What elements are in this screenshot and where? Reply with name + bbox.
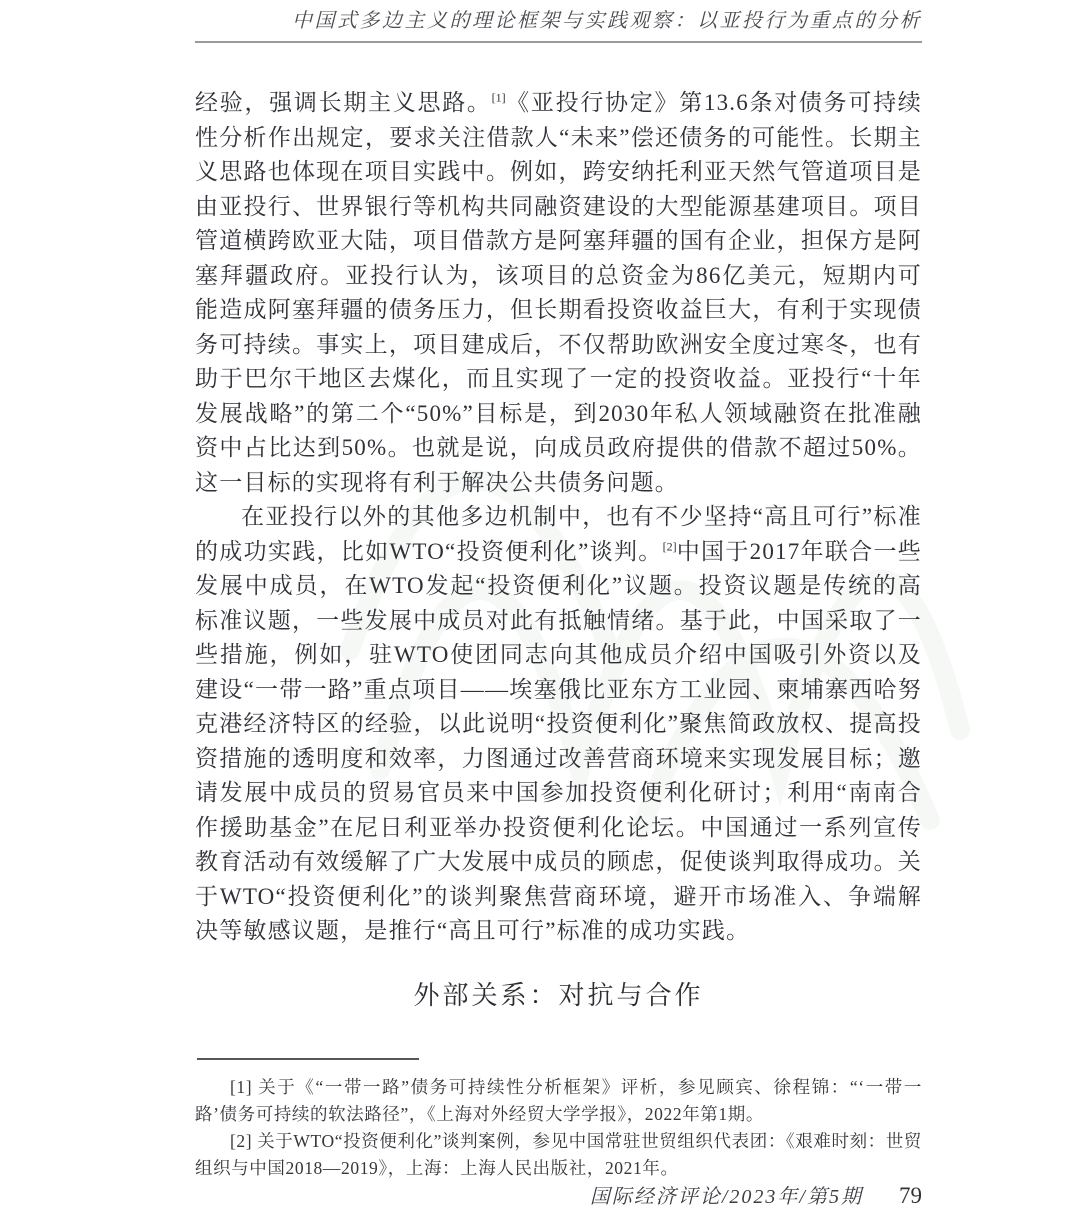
footer-journal-line: 国际经济评论/2023年/第5期 (590, 1186, 863, 1208)
running-header: 中国式多边主义的理论框架与实践观察：以亚投行为重点的分析 (195, 8, 922, 43)
journal-page: 中国式多边主义的理论框架与实践观察：以亚投行为重点的分析 经验，强调长期主义思路… (0, 0, 1080, 1209)
footnotes: [1] 关于《“一带一路”债务可持续性分析框架》评析，参见顾宾、徐程锦：“‘一带… (195, 1074, 922, 1182)
footnote-1: [1] 关于《“一带一路”债务可持续性分析框架》评析，参见顾宾、徐程锦：“‘一带… (195, 1074, 922, 1128)
section-heading: 外部关系：对抗与合作 (195, 975, 922, 1012)
paragraph-1-text-after: 《亚投行协定》第13.6条对债务可持续性分析作出规定，要求关注借款人“未来”偿还… (195, 90, 922, 495)
running-header-title: 中国式多边主义的理论框架与实践观察：以亚投行为重点的分析 (195, 8, 922, 34)
footnote-2: [2] 关于WTO“投资便利化”谈判案例，参见中国常驻世贸组织代表团：《艰难时刻… (195, 1128, 922, 1182)
footnote-ref-1: [1] (492, 90, 506, 104)
footnote-separator (197, 1058, 419, 1060)
paragraph-1: 经验，强调长期主义思路。[1]《亚投行协定》第13.6条对债务可持续性分析作出规… (195, 86, 922, 500)
footer-page-number: 79 (899, 1183, 922, 1209)
article-body: 经验，强调长期主义思路。[1]《亚投行协定》第13.6条对债务可持续性分析作出规… (195, 86, 922, 1044)
paragraph-1-text-before: 经验，强调长期主义思路。 (195, 90, 492, 115)
header-rule (195, 41, 922, 43)
paragraph-2-text-after: 中国于2017年联合一些发展中成员，在WTO发起“投资便利化”议题。投资议题是传… (195, 539, 922, 944)
page-footer: 国际经济评论/2023年/第5期79 (195, 1180, 922, 1209)
paragraph-2: 在亚投行以外的其他多边机制中，也有不少坚持“高且可行”标准的成功实践，比如WTO… (195, 500, 922, 949)
footnote-ref-2: [2] (663, 539, 677, 553)
